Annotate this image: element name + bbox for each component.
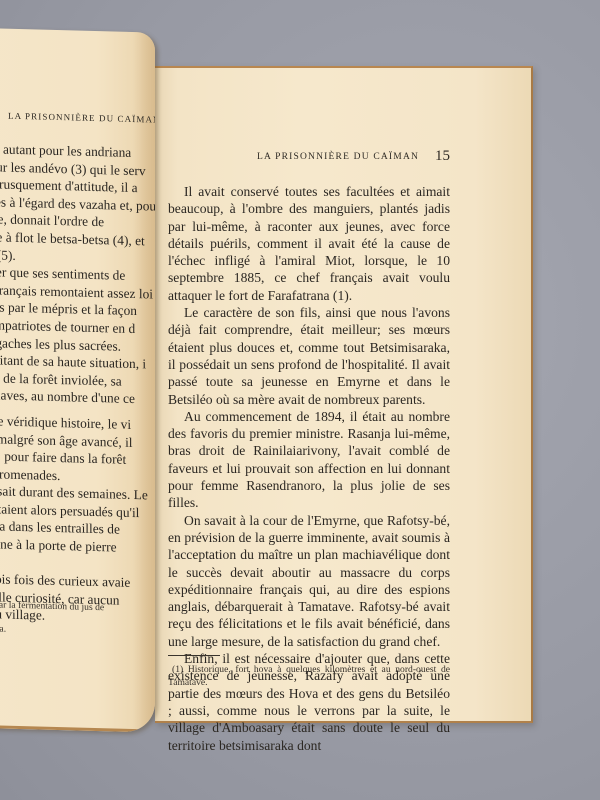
page-body: rès dur, autant pour les andriana que po… — [0, 139, 155, 627]
paragraph: Il avait conservé toutes ses facultées e… — [168, 183, 450, 304]
left-page: LA PRISONNIÈRE DU CAÏMAN rès dur, autant… — [0, 27, 155, 732]
page-number: 15 — [435, 148, 450, 165]
right-page: LA PRISONNIÈRE DU CAÏMAN 15 Il avait con… — [155, 66, 533, 723]
footnote-text: r obtenu par la fermentation du jus de — [0, 592, 104, 620]
paragraph: On savait à la cour de l'Emyrne, que Raf… — [168, 512, 450, 650]
footnote-text: tsimisaraka. — [0, 616, 104, 644]
footnote-text: (1) Historique, fort hova à quelques kil… — [168, 664, 450, 689]
page-header: LA PRISONNIÈRE DU CAÏMAN 15 — [155, 148, 531, 168]
paragraph: Au commencement de 1894, il était au nom… — [168, 408, 450, 512]
footnote-divider — [168, 655, 220, 656]
running-title: LA PRISONNIÈRE DU CAÏMAN — [257, 152, 419, 162]
footnote: (1) Historique, fort hova à quelques kil… — [168, 664, 450, 689]
footnotes: r obtenu par la fermentation du jus de t… — [0, 592, 104, 644]
paragraph: Le caractère de son fils, ainsi que nous… — [168, 304, 450, 408]
